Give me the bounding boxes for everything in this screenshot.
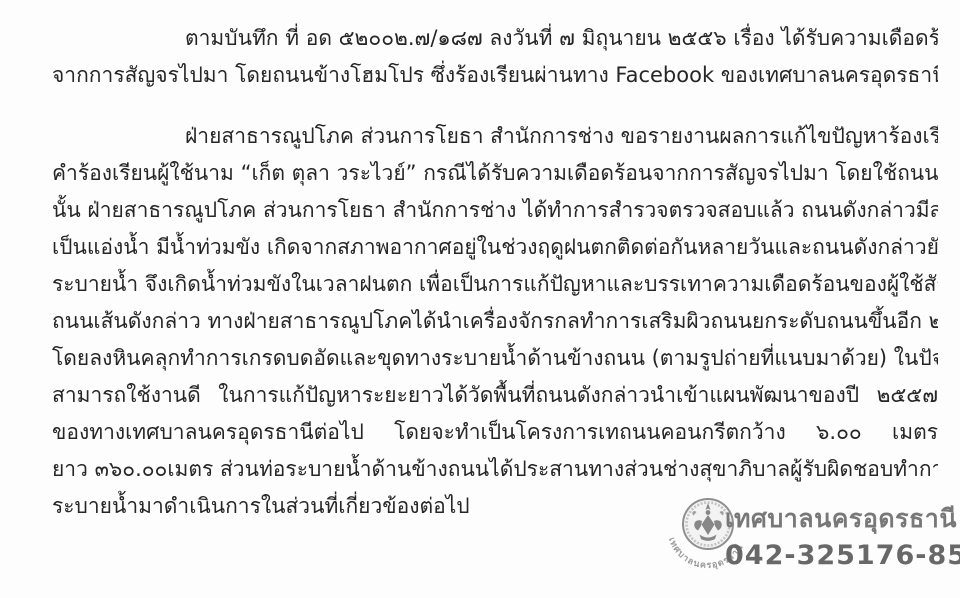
org-name: เทศบาลนครอุดรธานี: [725, 504, 925, 534]
memo-line: ของทางเทศบาลนครอุดรธานีต่อไป โดยจะทำเป็น…: [52, 414, 938, 451]
footer-branding: เทศบาลนครอุดรธานี เทศบาลนครอุดรธานี 042-…: [638, 482, 950, 594]
footer-contact-block: เทศบาลนครอุดรธานี 042-325176-85: [725, 504, 925, 570]
phone-number: 042-325176-85: [725, 542, 925, 570]
memo-line: โดยลงหินคลุกทำการเกรดบดอัดและขุดทางระบาย…: [52, 340, 938, 377]
memo-line: ฝ่ายสาธารณูปโภค ส่วนการโยธา สำนักการช่าง…: [52, 118, 938, 155]
memo-line: ถนนเส้นดังกล่าว ทางฝ่ายสาธารณูปโภคได้นำเ…: [52, 303, 938, 340]
memo-line: ระบายน้ำ จึงเกิดน้ำท่วมขังในเวลาฝนตก เพื…: [52, 266, 938, 303]
scanned-memo-page: ตามบันทึก ที่ อด ๕๒๐๐๒.๗/๑๘๗ ลงวันที่ ๗ …: [0, 0, 960, 598]
memo-line: นั้น ฝ่ายสาธารณูปโภค ส่วนการโยธา สำนักกา…: [52, 192, 938, 229]
memo-line: จากการสัญจรไปมา โดยถนนข้างโฮมโปร ซึ่งร้อ…: [52, 57, 938, 94]
memo-line: สามารถใช้งานดี ในการแก้ปัญหาระยะยาวได้วั…: [52, 377, 938, 414]
memo-body: ตามบันทึก ที่ อด ๕๒๐๐๒.๗/๑๘๗ ลงวันที่ ๗ …: [52, 20, 938, 525]
paragraph-reference: ตามบันทึก ที่ อด ๕๒๐๐๒.๗/๑๘๗ ลงวันที่ ๗ …: [52, 20, 938, 94]
memo-line: ตามบันทึก ที่ อด ๕๒๐๐๒.๗/๑๘๗ ลงวันที่ ๗ …: [52, 20, 938, 57]
memo-line: เป็นแอ่งน้ำ มีน้ำท่วมขัง เกิดจากสภาพอากา…: [52, 229, 938, 266]
memo-line: คำร้องเรียนผู้ใช้นาม “เก็ต ตุลา วระไวย์”…: [52, 155, 938, 192]
paragraph-report: ฝ่ายสาธารณูปโภค ส่วนการโยธา สำนักการช่าง…: [52, 118, 938, 525]
